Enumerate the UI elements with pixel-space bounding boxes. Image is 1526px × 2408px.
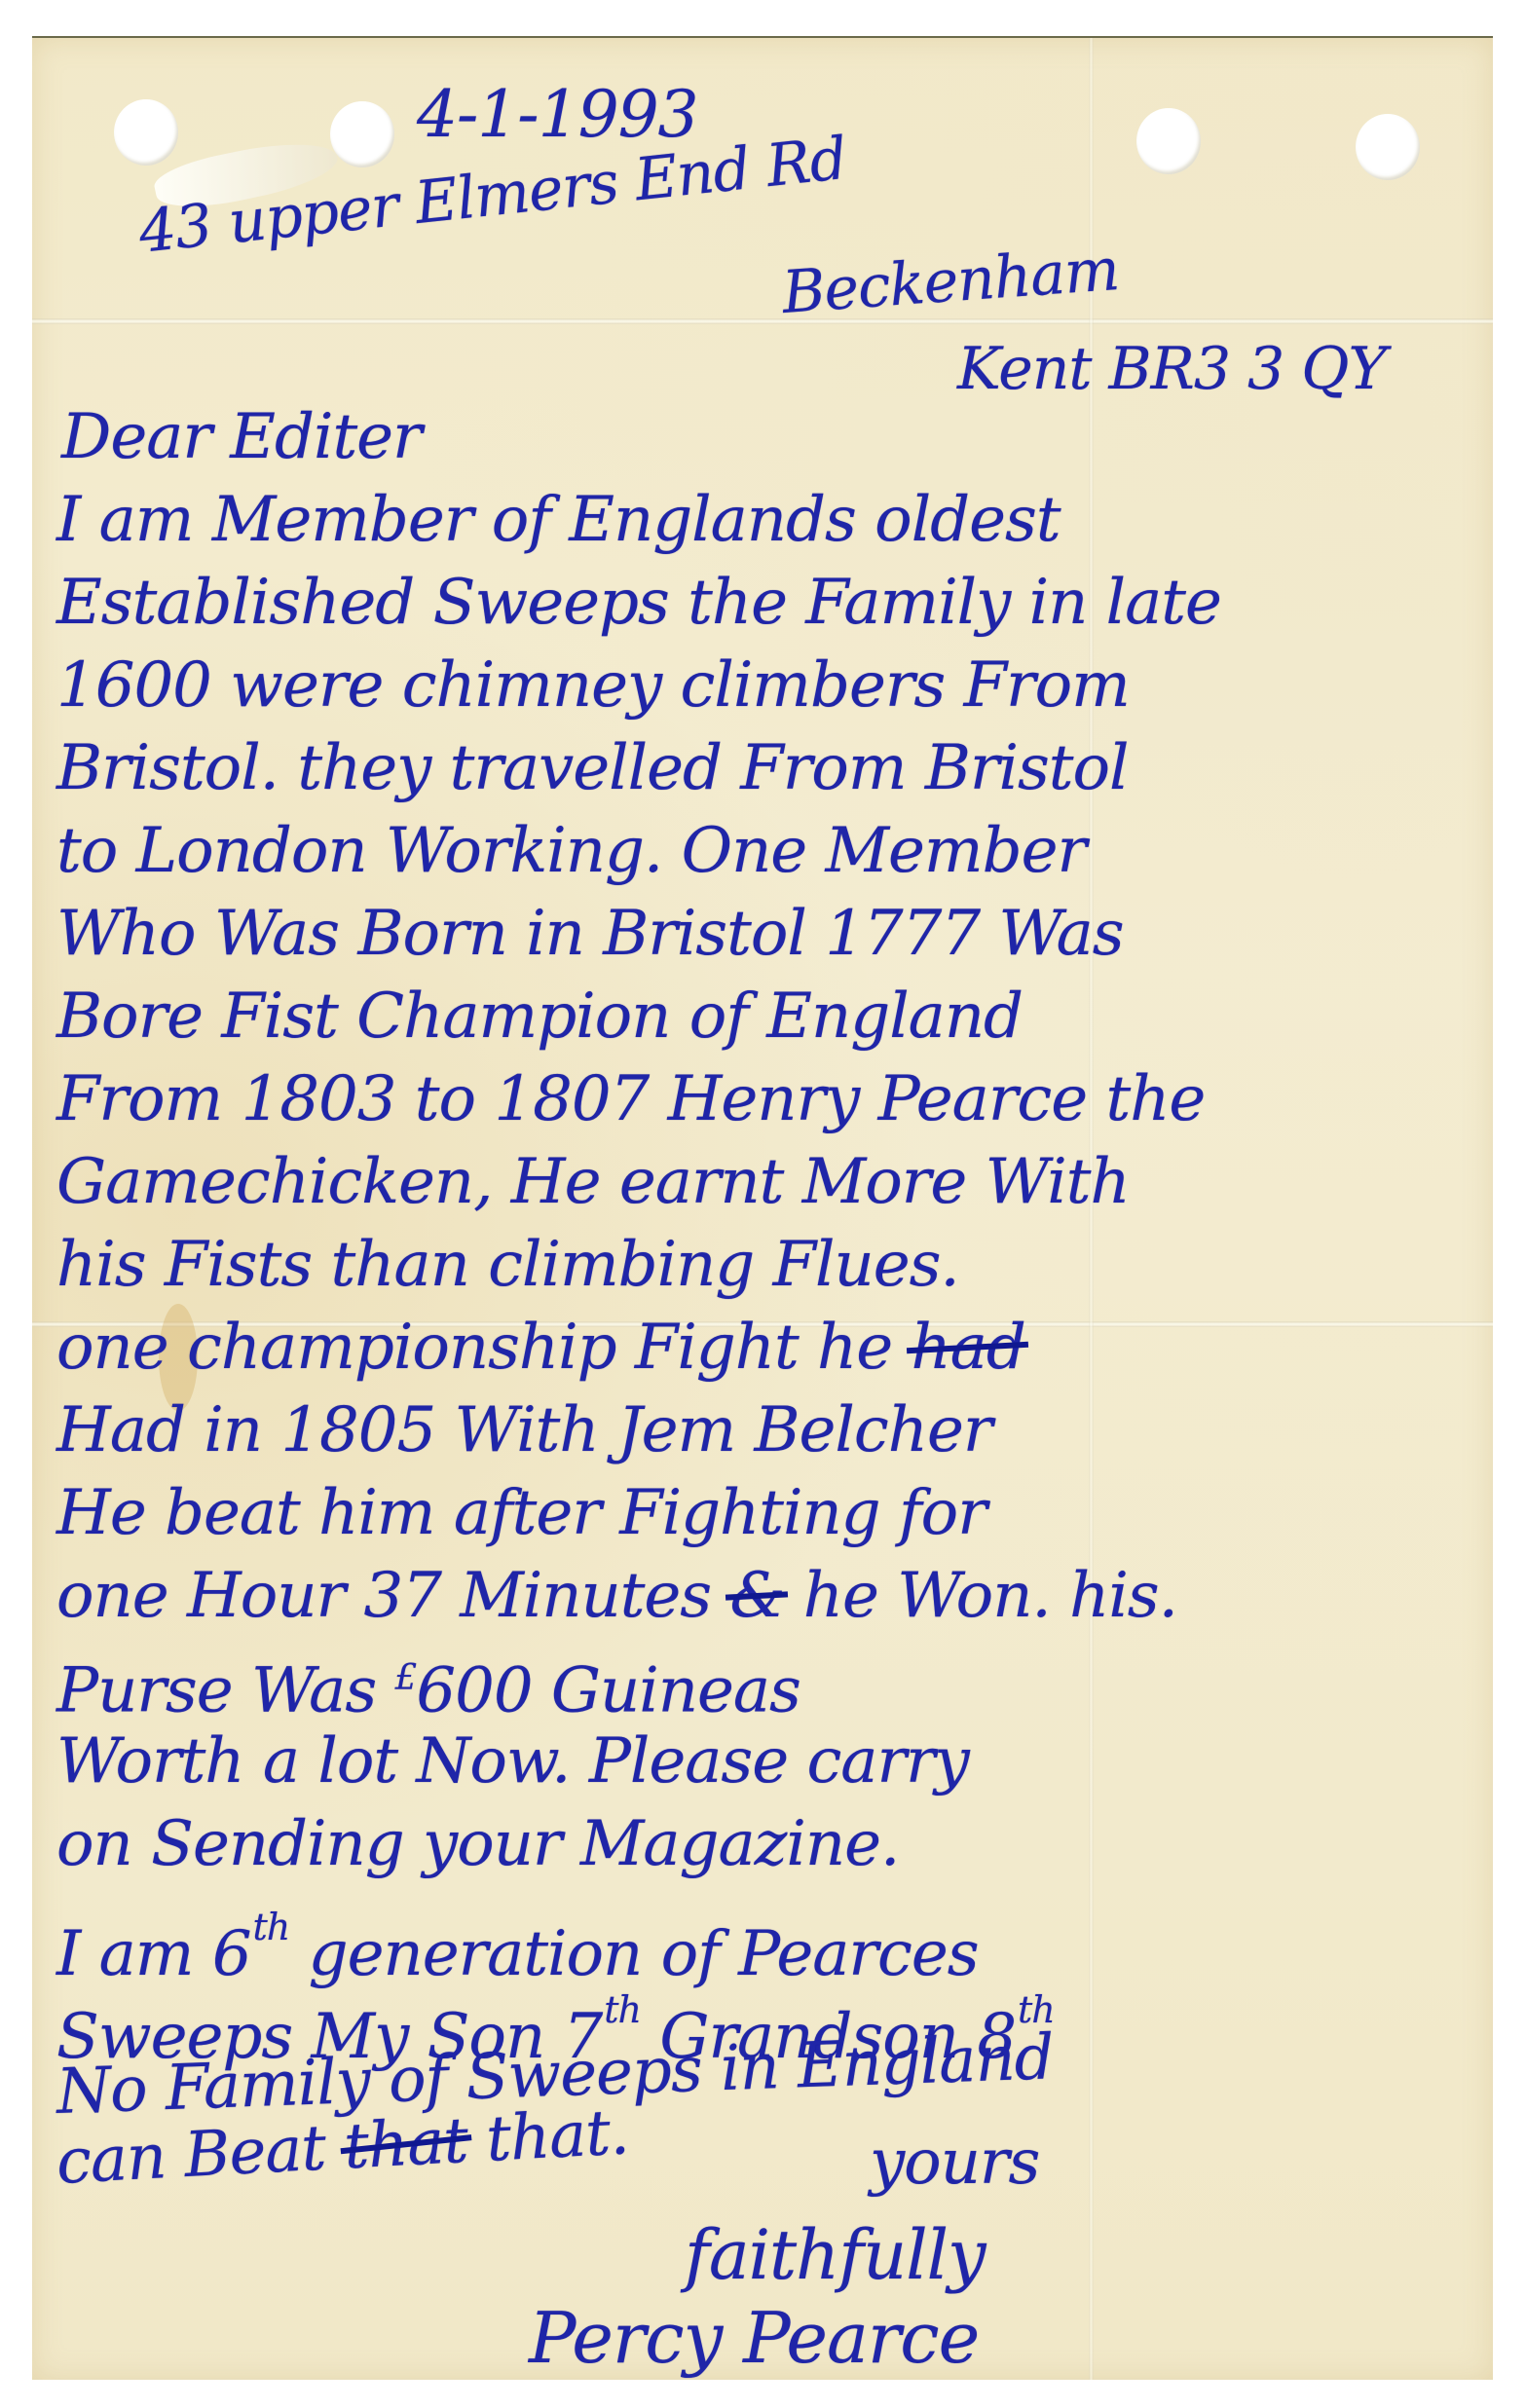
body-line: I am Member of Englands oldest xyxy=(56,489,1061,551)
body-line: From 1803 to 1807 Henry Pearce the xyxy=(56,1068,1205,1130)
address-line-2: Beckenham xyxy=(780,236,1121,327)
body-line: Established Sweeps the Family in late xyxy=(56,572,1221,634)
body-line: Bristol. they travelled From Bristol xyxy=(56,737,1129,799)
body-line: one Hour 37 Minutes & he Won. his. xyxy=(56,1565,1177,1627)
body-line: to London Working. One Member xyxy=(56,820,1086,882)
body-line-tail: 600 Guineas xyxy=(416,1654,800,1726)
punch-hole xyxy=(330,101,394,167)
body-line: Who Was Born in Bristol 1777 Was xyxy=(56,903,1124,965)
struck-word: had xyxy=(911,1316,1024,1379)
body-line-tail: that. xyxy=(484,2096,630,2176)
body-line-text: one Hour 37 Minutes xyxy=(56,1560,711,1632)
body-line: his Fists than climbing Flues. xyxy=(56,1234,959,1296)
body-line-text: Purse Was xyxy=(56,1654,376,1726)
punch-hole xyxy=(1356,114,1420,180)
body-line-text: one championship Fight he xyxy=(56,1312,892,1384)
letter-paper: 4-1-1993 43 upper Elmers End Rd Beckenha… xyxy=(32,36,1493,2380)
body-line-tail: he Won. his. xyxy=(803,1560,1177,1632)
signature: Percy Pearce xyxy=(529,2307,979,2369)
body-line: Had in 1805 With Jem Belcher xyxy=(56,1399,991,1462)
address-line-3: Kent BR3 3 QY xyxy=(957,335,1386,403)
body-line: I am 6th generation of Pearces xyxy=(56,1896,979,1985)
punch-hole xyxy=(114,99,178,166)
struck-word: that xyxy=(343,2110,469,2179)
punch-hole xyxy=(1136,108,1201,174)
body-line-text: can Beat xyxy=(55,2113,327,2199)
letter-date: 4-1-1993 xyxy=(417,77,698,152)
body-line: Purse Was £600 Guineas xyxy=(56,1648,800,1722)
salutation: Dear Editer xyxy=(61,406,422,468)
body-line: on Sending your Magazine. xyxy=(56,1813,899,1875)
closing-yours: yours xyxy=(870,2131,1039,2194)
body-line: 1600 were chimney climbers From xyxy=(56,654,1130,717)
struck-word: & xyxy=(729,1565,784,1627)
body-line: Bore Fist Champion of England xyxy=(56,985,1023,1048)
pound-symbol: £ xyxy=(395,1658,417,1698)
ordinal-suffix: th xyxy=(604,1988,641,2031)
body-line: one championship Fight he had xyxy=(56,1316,1025,1379)
body-line: He beat him after Fighting for xyxy=(56,1482,986,1544)
body-line: Gamechicken, He earnt More With xyxy=(56,1151,1130,1213)
fold-line xyxy=(32,318,1493,324)
closing-faithfully: faithfully xyxy=(685,2224,986,2286)
body-line: Worth a lot Now. Please carry xyxy=(56,1730,969,1793)
ordinal-suffix: th xyxy=(253,1906,290,1948)
